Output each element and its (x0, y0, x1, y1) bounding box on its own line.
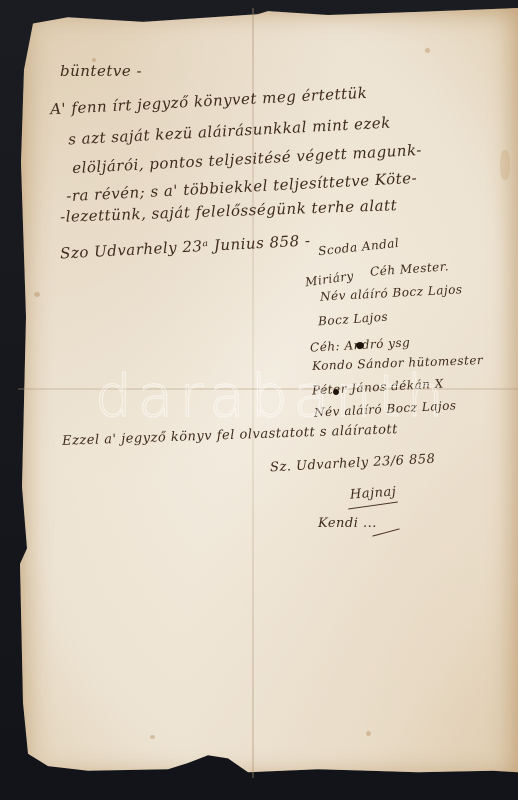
closing-signature-1: Hajnaj (350, 484, 397, 502)
ink-blot (356, 342, 364, 349)
paper-stain (500, 150, 510, 180)
paper-stain (150, 735, 155, 739)
paper-stain (425, 48, 430, 53)
watermark: darabanth (95, 362, 449, 430)
closing-signature-2: Kendi ... (318, 516, 377, 531)
paper-stain (34, 292, 40, 297)
paper-stain (366, 731, 371, 736)
body-line-1: büntetve - (60, 62, 142, 80)
